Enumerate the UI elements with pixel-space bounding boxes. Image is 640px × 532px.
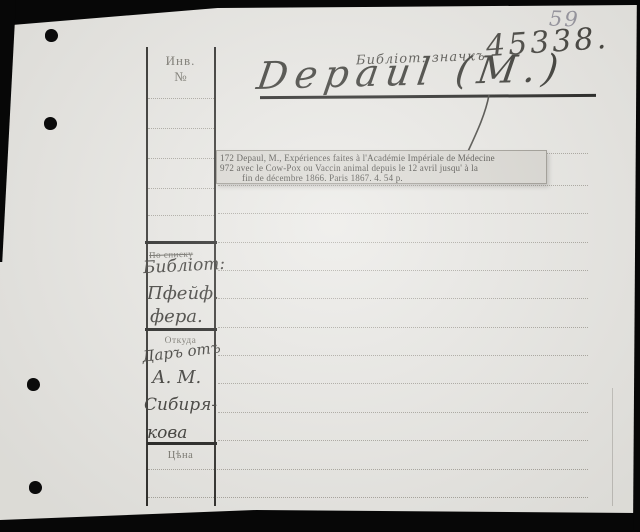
- origin-line: Сибиря-: [144, 395, 217, 415]
- ruled-line: [218, 355, 588, 356]
- punch-hole: [44, 117, 57, 130]
- ruled-line: [218, 270, 588, 271]
- slip-line: 972 avec le Cow-Pox ou Vaccin animal dep…: [220, 163, 546, 173]
- column-divider: [145, 328, 217, 331]
- ruled-line: [218, 383, 588, 384]
- library-note-line: фера.: [150, 306, 203, 327]
- ruled-line: [218, 412, 588, 413]
- ruled-line: [148, 158, 214, 159]
- punch-hole: [27, 378, 40, 391]
- author-heading: Depaul (М.): [254, 46, 568, 98]
- slip-line: fin de décembre 1866. Paris 1867. 4. 54 …: [220, 173, 546, 183]
- scan-border-left: [0, 0, 16, 262]
- scan-border-bottom: [0, 508, 640, 532]
- ruled-line: [218, 440, 588, 441]
- library-note-line: Пфейф.: [147, 283, 219, 304]
- price-label: Цѣна: [146, 450, 215, 461]
- origin-line: А. М.: [152, 367, 201, 388]
- ruled-line: [218, 185, 588, 186]
- library-note-line: Библіот:: [143, 254, 226, 278]
- inventory-number-symbol: №: [146, 69, 215, 85]
- ruled-line: [218, 327, 588, 328]
- ruled-line: [218, 213, 588, 214]
- column-rule-right: [214, 47, 216, 506]
- catalog-slip: 172 Depaul, M., Expériences faites à l'A…: [216, 150, 547, 184]
- paper-crease: [612, 388, 613, 506]
- punch-hole: [45, 29, 58, 42]
- slip-line: 172 Depaul, M., Expériences faites à l'A…: [220, 153, 546, 163]
- ruled-line: [148, 188, 214, 189]
- scan-border-right: [633, 0, 640, 532]
- ruled-line: [218, 298, 588, 299]
- punch-hole: [29, 481, 42, 494]
- origin-line: кова: [147, 423, 187, 443]
- ruled-line: [218, 242, 588, 243]
- ruled-line: [148, 98, 214, 99]
- ruled-line: [148, 215, 214, 216]
- ruled-line: [148, 128, 214, 129]
- column-divider: [145, 241, 217, 244]
- inventory-header: Инв.: [146, 53, 215, 69]
- scan-border-top: [0, 0, 640, 26]
